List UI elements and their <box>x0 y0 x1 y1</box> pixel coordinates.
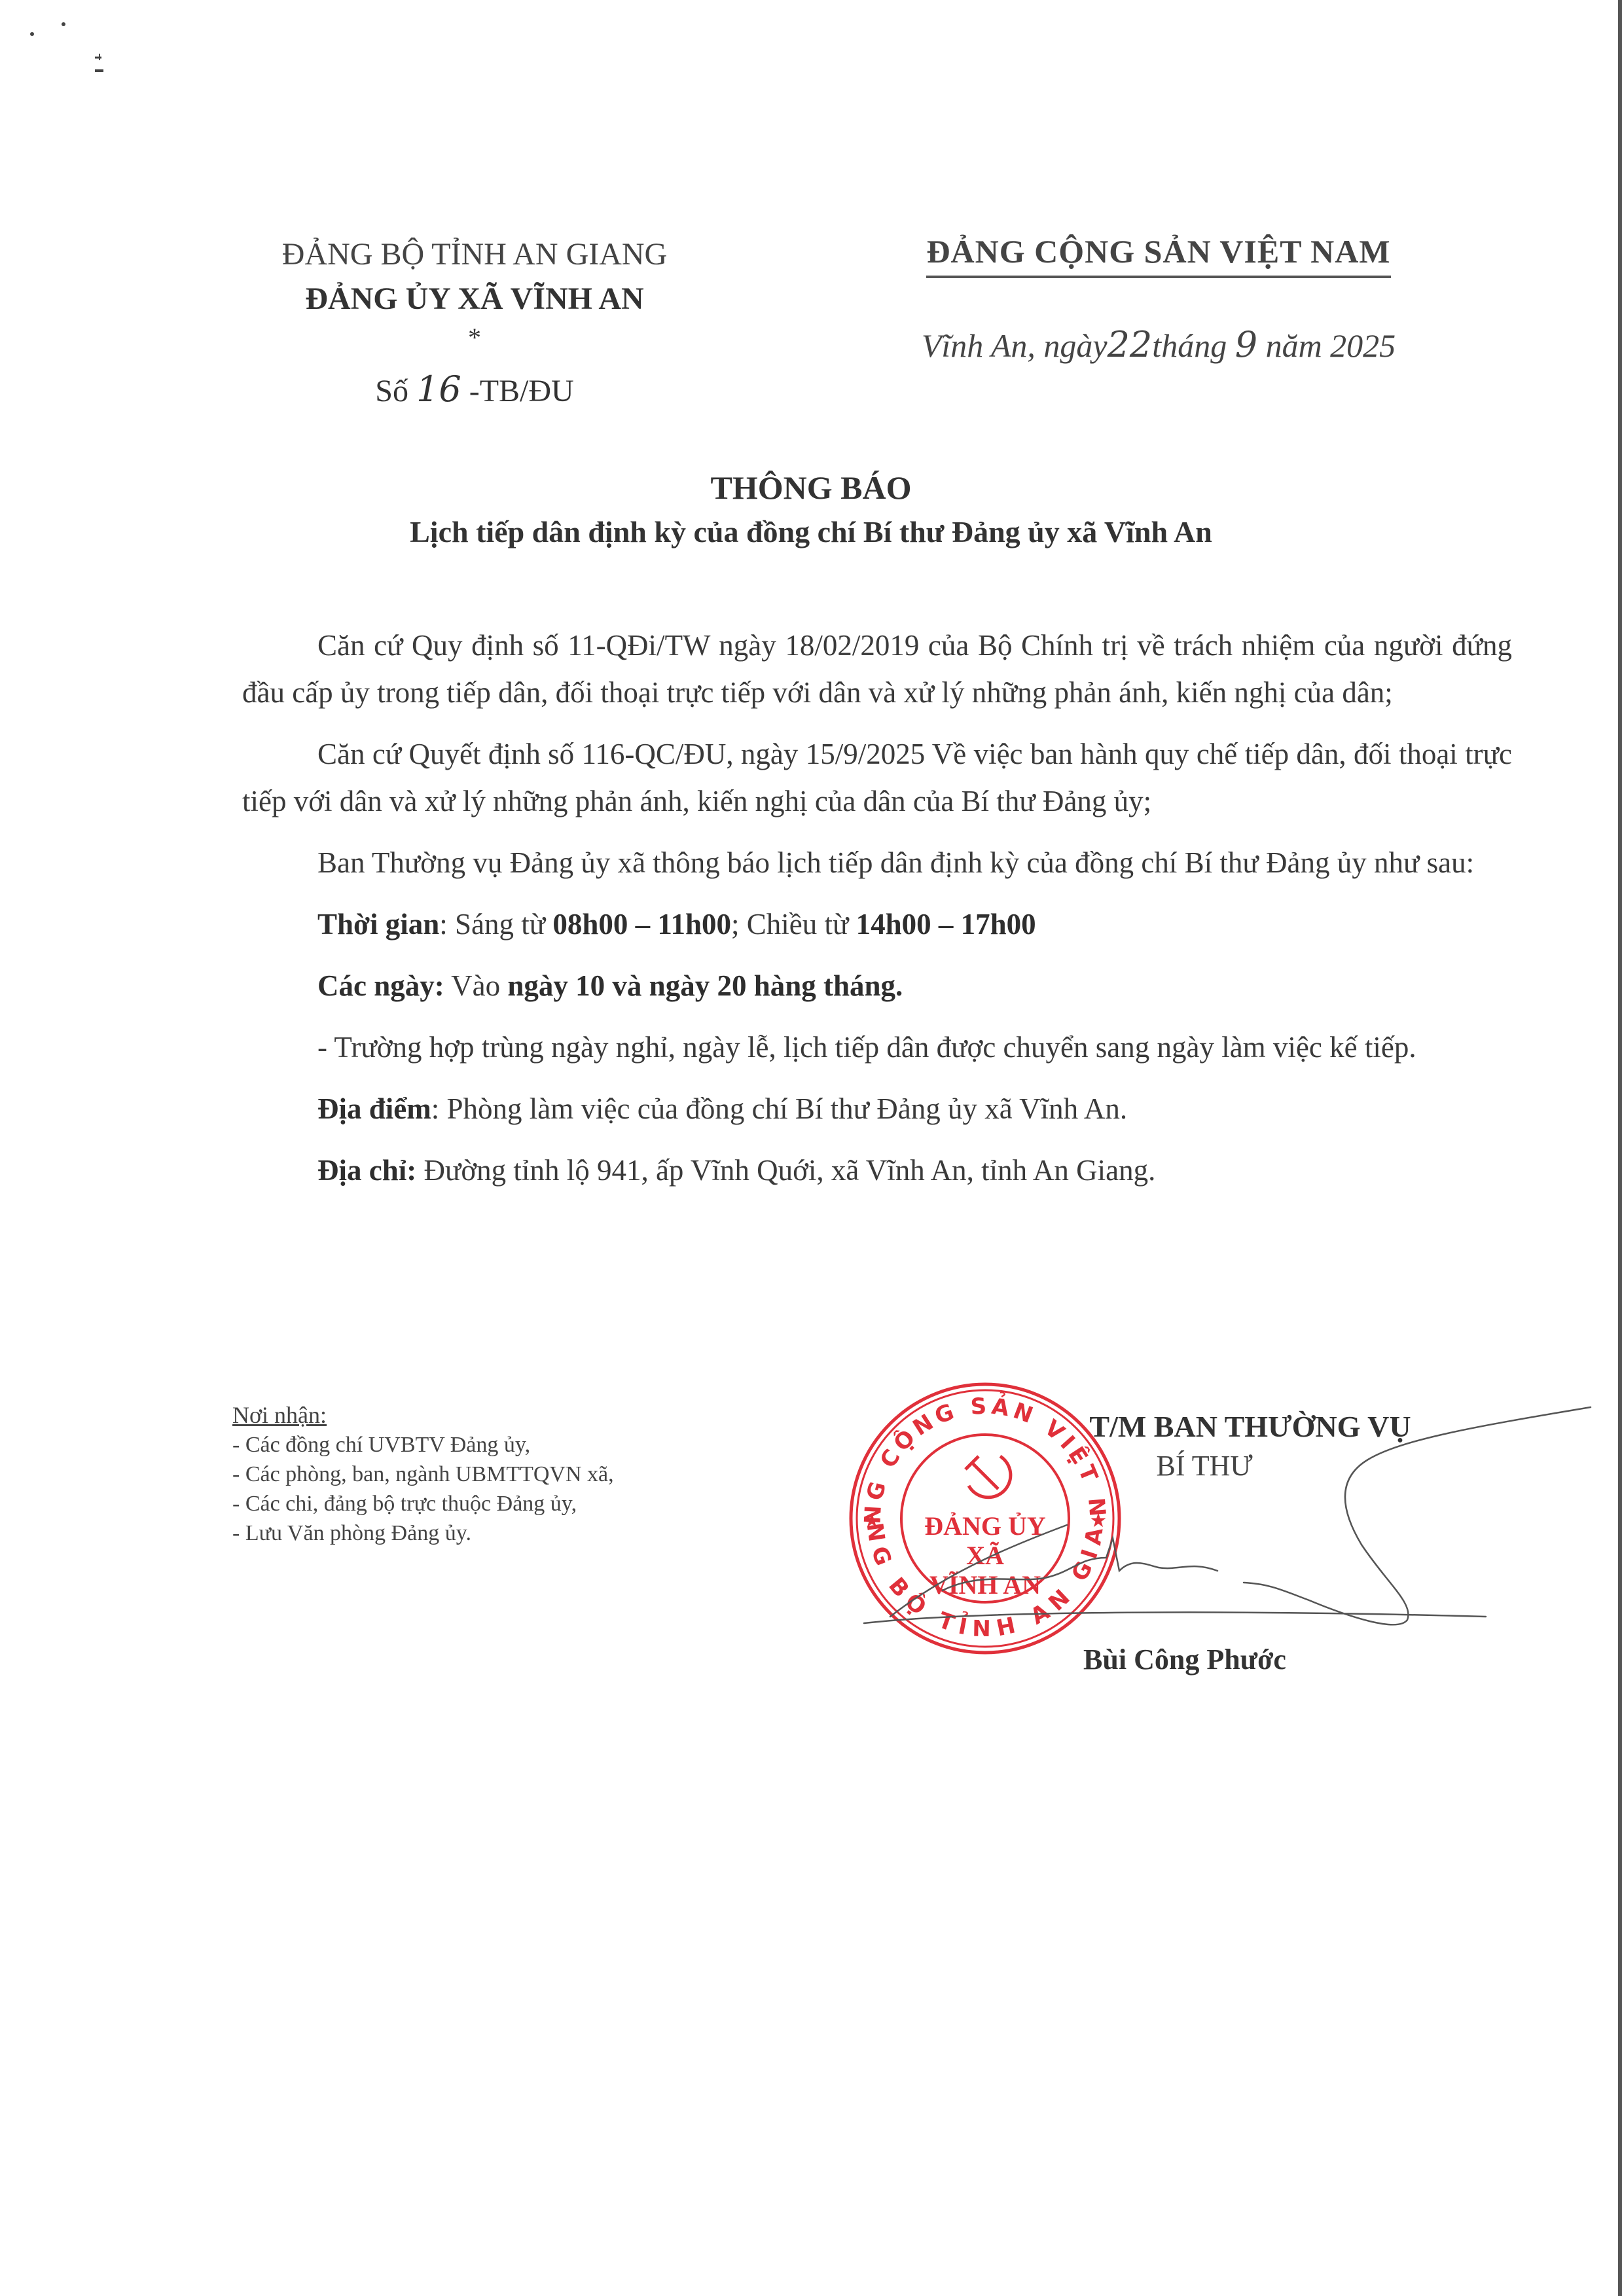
intro-paragraph: Ban Thường vụ Đảng ủy xã thông báo lịch … <box>242 839 1512 886</box>
reception-days: Các ngày: Vào ngày 10 và ngày 20 hàng th… <box>242 962 1512 1009</box>
legal-basis-1: Căn cứ Quy định số 11-QĐi/TW ngày 18/02/… <box>242 622 1512 716</box>
legal-basis-2: Căn cứ Quyết định số 116-QC/ĐU, ngày 15/… <box>242 730 1512 825</box>
national-header: ĐẢNG CỘNG SẢN VIỆT NAM Vĩnh An, ngày22th… <box>890 232 1427 365</box>
party-motto: ĐẢNG CỘNG SẢN VIỆT NAM <box>926 232 1390 278</box>
document-number: Số 16 -TB/ĐU <box>216 367 733 414</box>
issuing-organization: ĐẢNG ỦY XÃ VĨNH AN <box>216 277 733 321</box>
issuer-header: ĐẢNG BỘ TỈNH AN GIANG ĐẢNG ỦY XÃ VĨNH AN… <box>216 232 733 414</box>
document-body: Căn cứ Quy định số 11-QĐi/TW ngày 18/02/… <box>242 622 1512 1208</box>
recipients-title: Nơi nhận: <box>232 1401 821 1430</box>
reception-time: Thời gian: Sáng từ 08h00 – 11h00; Chiều … <box>242 901 1512 948</box>
scan-edge <box>1618 0 1622 2296</box>
scan-specks <box>26 20 118 85</box>
document-title: THÔNG BÁO Lịch tiếp dân định kỳ của đồng… <box>0 465 1622 554</box>
parent-organization: ĐẢNG BỘ TỈNH AN GIANG <box>216 232 733 277</box>
document-subject: Lịch tiếp dân định kỳ của đồng chí Bí th… <box>0 511 1622 554</box>
month-handwritten: 9 <box>1235 324 1257 365</box>
handwritten-signature <box>851 1374 1604 1649</box>
separator-star: * <box>216 321 733 354</box>
day-handwritten: 22 <box>1108 324 1153 365</box>
recipient-item: - Các chi, đảng bộ trực thuộc Đảng ủy, <box>232 1489 821 1518</box>
recipient-item: - Các đồng chí UVBTV Đảng ủy, <box>232 1430 821 1460</box>
doc-number-handwritten: 16 <box>416 368 461 410</box>
holiday-note: - Trường hợp trùng ngày nghỉ, ngày lễ, l… <box>242 1024 1512 1071</box>
reception-venue: Địa điểm: Phòng làm việc của đồng chí Bí… <box>242 1085 1512 1132</box>
recipient-item: - Lưu Văn phòng Đảng ủy. <box>232 1518 821 1548</box>
recipients-list: Nơi nhận: - Các đồng chí UVBTV Đảng ủy, … <box>232 1401 821 1548</box>
issue-date: Vĩnh An, ngày22tháng 9 năm 2025 <box>890 324 1427 365</box>
reception-address: Địa chỉ: Đường tỉnh lộ 941, ấp Vĩnh Quới… <box>242 1147 1512 1194</box>
document-type: THÔNG BÁO <box>0 465 1622 511</box>
recipient-item: - Các phòng, ban, ngành UBMTTQVN xã, <box>232 1460 821 1489</box>
